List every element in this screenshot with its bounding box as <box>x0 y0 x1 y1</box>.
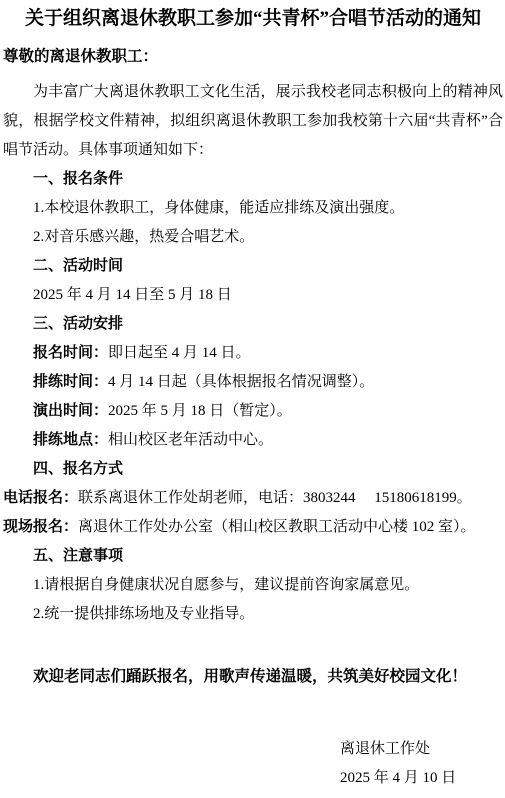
rehearsal-place-label: 排练地点： <box>33 432 108 448</box>
intro-paragraph: 为丰富广大离退休教职工文化生活，展示我校老同志积极向上的精神风貌，根据学校文件精… <box>3 78 503 165</box>
phone-signup-value: 联系离退休工作处胡老师，电话：3803244 15180618199。 <box>78 490 472 506</box>
rehearsal-time-label: 排练时间： <box>33 374 108 390</box>
section-5-item-1: 1.请根据自身健康状况自愿参与，建议提前咨询家属意见。 <box>3 571 503 600</box>
section-3-row-signup-time: 报名时间：即日起至 4 月 14 日。 <box>3 339 503 368</box>
signup-time-label: 报名时间： <box>33 345 108 361</box>
section-2-heading: 二、活动时间 <box>3 252 503 281</box>
signup-time-value: 即日起至 4 月 14 日。 <box>108 345 251 361</box>
phone-signup-label: 电话报名： <box>3 490 78 506</box>
salutation: 尊敬的离退休教职工： <box>3 46 503 68</box>
onsite-signup-value: 离退休工作处办公室（相山校区教职工活动中心楼 102 室）。 <box>78 519 476 535</box>
section-3-heading: 三、活动安排 <box>3 310 503 339</box>
section-1-item-2: 2.对音乐感兴趣，热爱合唱艺术。 <box>3 223 503 252</box>
section-3-row-rehearsal-place: 排练地点：相山校区老年活动中心。 <box>3 426 503 455</box>
performance-time-label: 演出时间： <box>33 403 108 419</box>
signature-date: 2025 年 4 月 10 日 <box>340 764 503 793</box>
section-5-item-2: 2.统一提供排练场地及专业指导。 <box>3 600 503 629</box>
section-3-row-performance-time: 演出时间：2025 年 5 月 18 日（暂定）。 <box>3 397 503 426</box>
section-2-date-range: 2025 年 4 月 14 日至 5 月 18 日 <box>3 281 503 310</box>
notice-document: 关于组织离退休教职工参加“共青杯”合唱节活动的通知 尊敬的离退休教职工： 为丰富… <box>0 0 505 798</box>
signature-block: 离退休工作处 2025 年 4 月 10 日 <box>340 735 503 793</box>
document-title: 关于组织离退休教职工参加“共青杯”合唱节活动的通知 <box>3 5 503 32</box>
performance-time-value: 2025 年 5 月 18 日（暂定）。 <box>108 403 292 419</box>
section-4-row-onsite-signup: 现场报名：离退休工作处办公室（相山校区教职工活动中心楼 102 室）。 <box>3 513 503 542</box>
section-5-heading: 五、注意事项 <box>3 542 503 571</box>
section-1-heading: 一、报名条件 <box>3 165 503 194</box>
section-4-row-phone-signup: 电话报名：联系离退休工作处胡老师，电话：3803244 15180618199。 <box>3 484 503 513</box>
section-1-item-1: 1.本校退休教职工，身体健康，能适应排练及演出强度。 <box>3 194 503 223</box>
section-4-heading: 四、报名方式 <box>3 455 503 484</box>
onsite-signup-label: 现场报名： <box>3 519 78 535</box>
rehearsal-time-value: 4 月 14 日起（具体根据报名情况调整）。 <box>108 374 374 390</box>
rehearsal-place-value: 相山校区老年活动中心。 <box>108 432 273 448</box>
signature-org: 离退休工作处 <box>340 735 503 764</box>
closing-line: 欢迎老同志们踊跃报名，用歌声传递温暖，共筑美好校园文化！ <box>3 662 503 691</box>
section-3-row-rehearsal-time: 排练时间：4 月 14 日起（具体根据报名情况调整）。 <box>3 368 503 397</box>
